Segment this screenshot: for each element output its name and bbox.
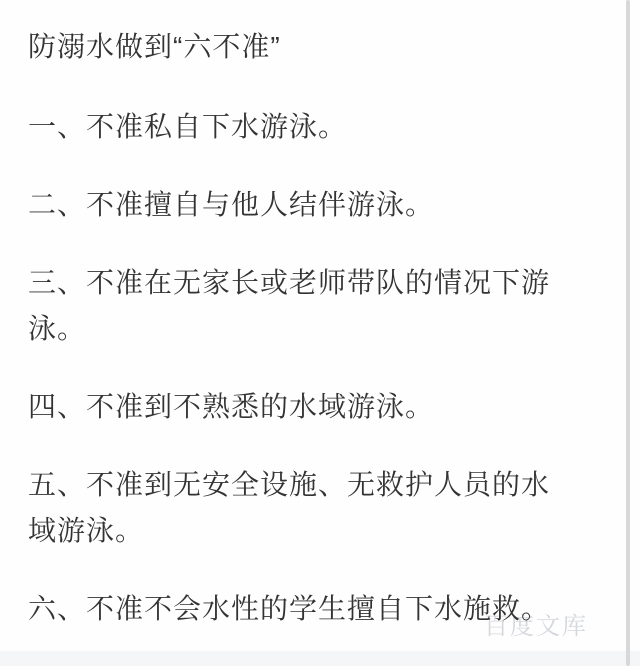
footer-strip — [0, 651, 640, 666]
scrollbar-track[interactable] — [625, 0, 640, 666]
rule-item-5: 五、不准到无安全设施、无救护人员的水域游泳。 — [28, 462, 573, 554]
rule-item-6: 六、不准不会水性的学生擅自下水施救。 — [28, 586, 573, 632]
document-page: 防溺水做到“六不准” 一、不准私自下水游泳。 二、不准擅自与他人结伴游泳。 三、… — [0, 0, 640, 666]
page-title: 防溺水做到“六不准” — [28, 24, 573, 70]
rule-item-1: 一、不准私自下水游泳。 — [28, 104, 573, 150]
rule-item-2: 二、不准擅自与他人结伴游泳。 — [28, 182, 573, 228]
scrollbar-thumb[interactable] — [626, 0, 630, 666]
rule-item-4: 四、不准到不熟悉的水域游泳。 — [28, 384, 573, 430]
rule-item-3: 三、不准在无家长或老师带队的情况下游泳。 — [28, 260, 573, 352]
